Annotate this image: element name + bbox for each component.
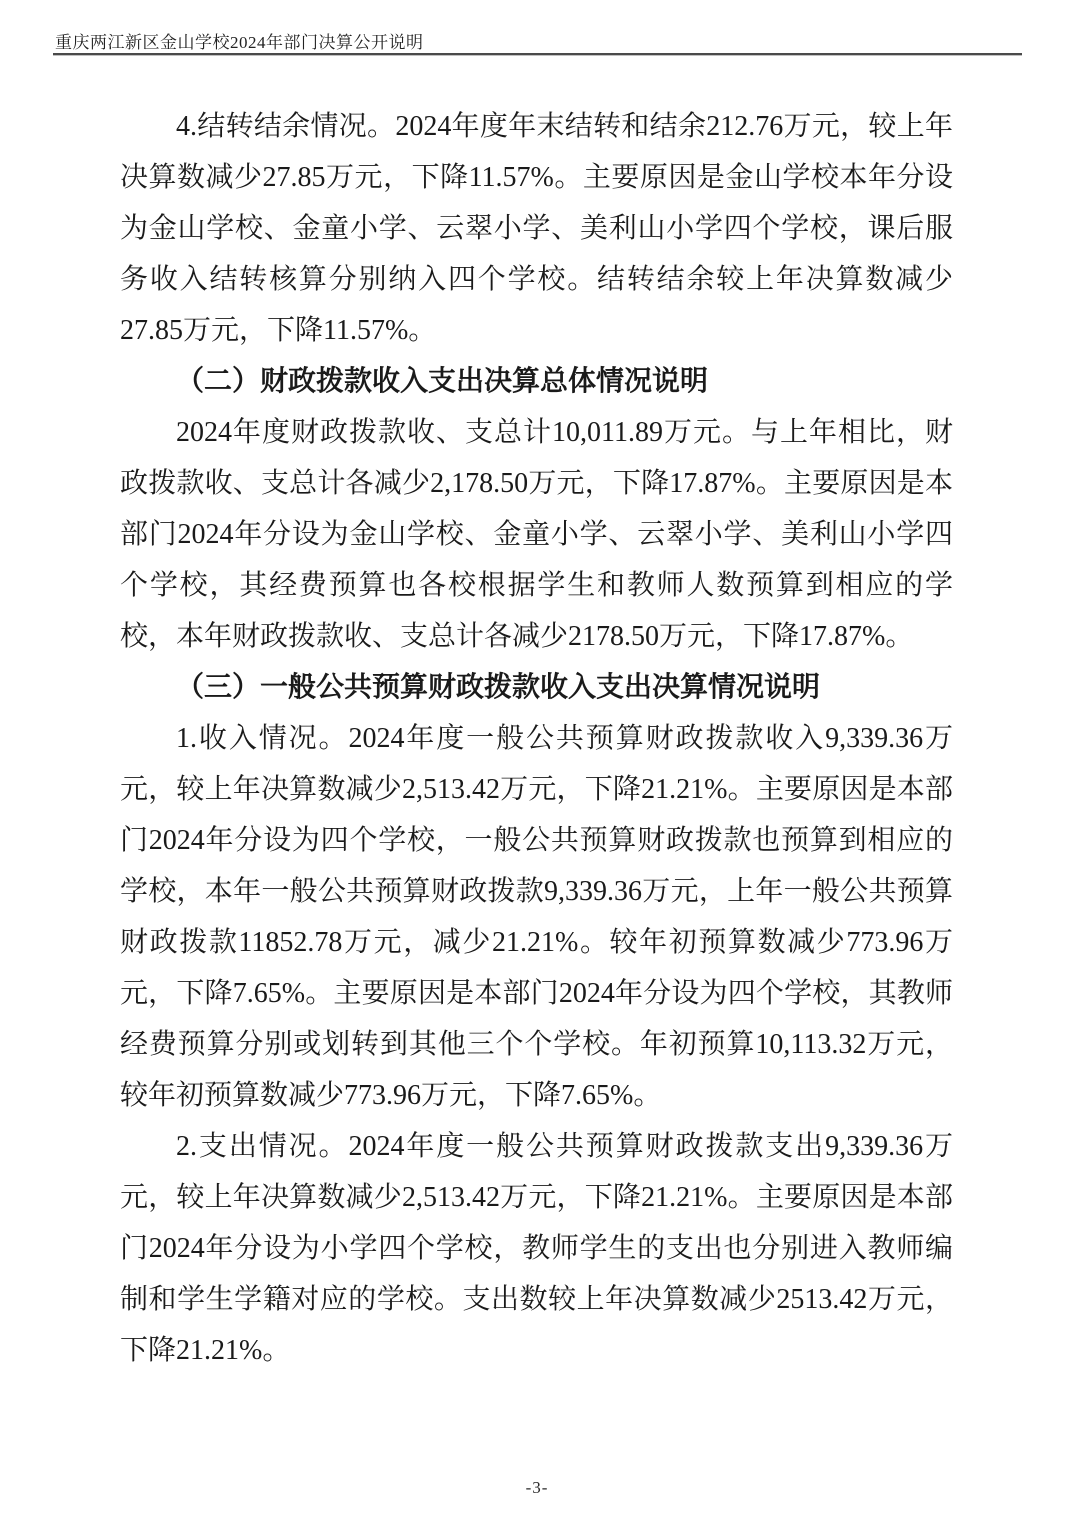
paragraph: 1.收入情况。2024年度一般公共预算财政拨款收入9,339.36万元，较上年决… (120, 713, 953, 1121)
section-heading: （二）财政拨款收入支出决算总体情况说明 (120, 356, 953, 407)
header-rule (53, 53, 1022, 55)
paragraph: 2024年度财政拨款收、支总计10,011.89万元。与上年相比，财政拨款收、支… (120, 407, 953, 662)
page-number: -3- (0, 1478, 1074, 1498)
page-header-title: 重庆两江新区金山学校2024年部门决算公开说明 (55, 28, 424, 53)
section-heading: （三）一般公共预算财政拨款收入支出决算情况说明 (120, 662, 953, 713)
document-body: 4.结转结余情况。2024年度年末结转和结余212.76万元，较上年决算数减少2… (120, 101, 953, 1376)
paragraph: 4.结转结余情况。2024年度年末结转和结余212.76万元，较上年决算数减少2… (120, 101, 953, 356)
paragraph: 2.支出情况。2024年度一般公共预算财政拨款支出9,339.36万元，较上年决… (120, 1121, 953, 1376)
document-page: 重庆两江新区金山学校2024年部门决算公开说明 4.结转结余情况。2024年度年… (0, 0, 1074, 1520)
